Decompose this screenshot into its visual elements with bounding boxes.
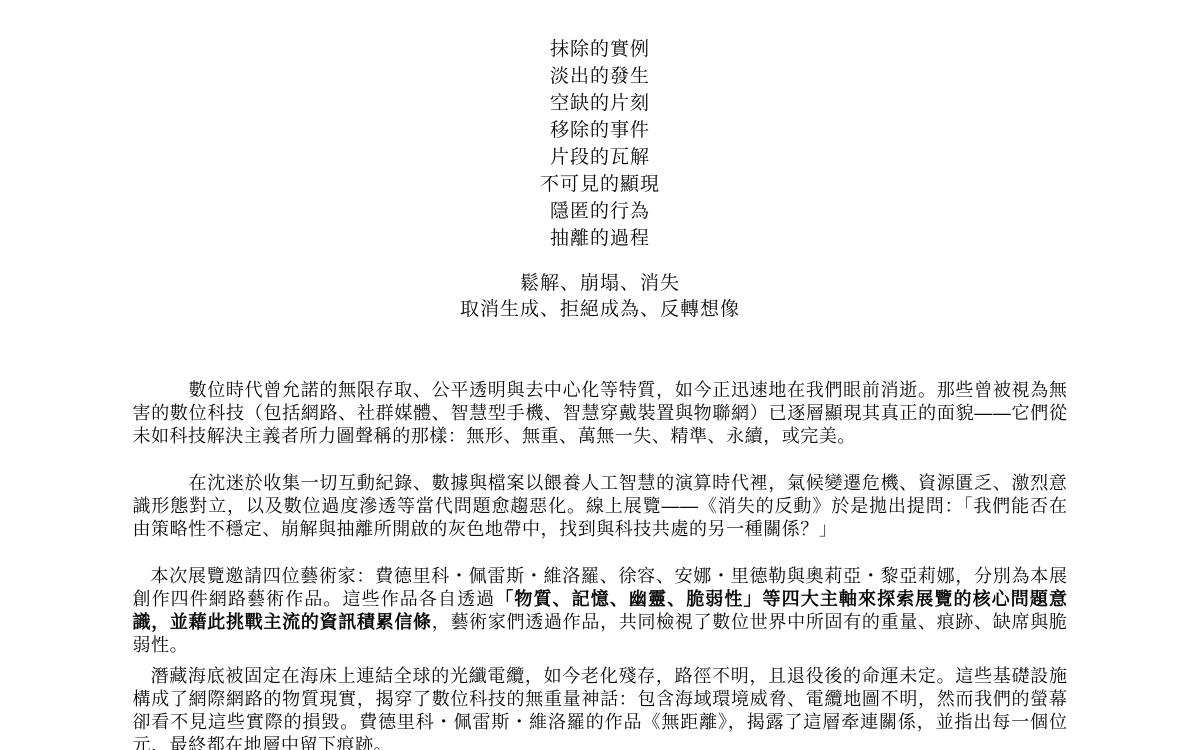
subtitle-block: 鬆解、崩塌、消失 取消生成、拒絕成為、反轉想像 (0, 271, 1200, 323)
poem-list: 抹除的實例 淡出的發生 空缺的片刻 移除的事件 片段的瓦解 不可見的顯現 隱匿的… (0, 36, 1200, 252)
paragraph-exhibition-question: 在沈迷於收集一切互動紀錄、數據與檔案以餵養人工智慧的演算時代裡，氣候變遷危機、資… (133, 472, 1068, 541)
poem-line-7: 隱匿的行為 (0, 198, 1200, 225)
poem-line-5: 片段的瓦解 (0, 144, 1200, 171)
paragraph-digital-promises: 數位時代曾允諾的無限存取、公平透明與去中心化等特質，如今正迅速地在我們眼前消逝。… (133, 379, 1068, 448)
poem-line-1: 抹除的實例 (0, 36, 1200, 63)
paragraph-exhibition-question-text: 在沈迷於收集一切互動紀錄、數據與檔案以餵養人工智慧的演算時代裡，氣候變遷危機、資… (133, 473, 1068, 539)
poem-line-4: 移除的事件 (0, 117, 1200, 144)
exhibition-statement-page: 抹除的實例 淡出的發生 空缺的片刻 移除的事件 片段的瓦解 不可見的顯現 隱匿的… (0, 0, 1200, 750)
poem-line-3: 空缺的片刻 (0, 90, 1200, 117)
paragraph-undersea-cables: 潛藏海底被固定在海床上連結全球的光纖電纜，如今老化殘存，路徑不明，且退役後的命運… (133, 665, 1068, 750)
poem-line-6: 不可見的顯現 (0, 171, 1200, 198)
statement-body: 數位時代曾允諾的無限存取、公平透明與去中心化等特質，如今正迅速地在我們眼前消逝。… (133, 379, 1068, 750)
paragraph-undersea-cables-text: 潛藏海底被固定在海床上連結全球的光纖電纜，如今老化殘存，路徑不明，且退役後的命運… (133, 666, 1068, 750)
subtitle-line-1: 鬆解、崩塌、消失 (0, 271, 1200, 297)
poem-line-2: 淡出的發生 (0, 63, 1200, 90)
paragraph-artists: 本次展覽邀請四位藝術家：費德里科・佩雷斯・維洛羅、徐容、安娜・里德勒與奧莉亞・黎… (133, 565, 1068, 657)
poem-line-8: 抽離的過程 (0, 225, 1200, 252)
subtitle-line-2: 取消生成、拒絕成為、反轉想像 (0, 297, 1200, 323)
paragraph-digital-promises-text: 數位時代曾允諾的無限存取、公平透明與去中心化等特質，如今正迅速地在我們眼前消逝。… (133, 380, 1068, 446)
